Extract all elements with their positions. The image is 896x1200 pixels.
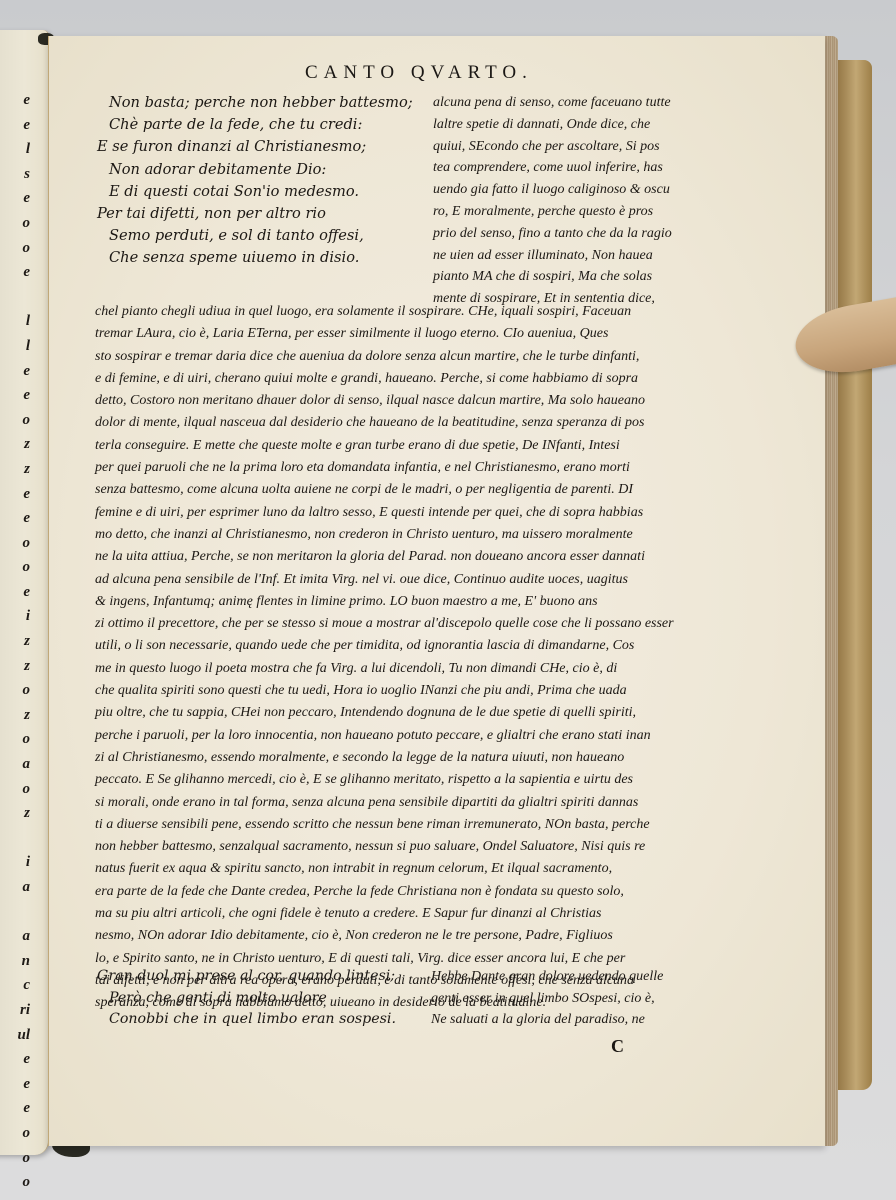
margin-glyph: o <box>2 211 30 236</box>
verse-block-top: Non basta; perche non hebber battesmo;Ch… <box>97 92 417 270</box>
commentary-line: senza battesmo, come alcuna uolta auiene… <box>95 479 809 501</box>
margin-glyph: e <box>2 88 30 113</box>
vellum-cover-edge <box>832 60 872 1090</box>
margin-glyph: o <box>2 531 30 556</box>
margin-glyph: c <box>2 973 30 998</box>
commentary-line: e di femine, e di uiri, cherano quiui mo… <box>95 368 809 390</box>
commentary-line: peccato. E Se glihanno mercedi, cio è, E… <box>95 769 809 791</box>
commentary-line: me in questo luogo il poeta mostra che f… <box>95 658 809 680</box>
margin-glyph: o <box>2 1146 30 1171</box>
margin-glyph: ri <box>2 998 30 1023</box>
commentary-block: chel pianto chegli udiua in quel luogo, … <box>95 301 809 1015</box>
gloss-line: pianto MA che di sospiri, Ma che solas <box>433 266 813 288</box>
gloss-line: alcuna pena di senso, come faceuano tutt… <box>433 92 813 114</box>
margin-glyph: e <box>2 383 30 408</box>
running-head: CANTO QVARTO. <box>305 62 533 84</box>
commentary-line: tremar LAura, cio è, Laria ETerna, per e… <box>95 323 809 345</box>
commentary-line: femine e di uiri, per esprimer luno da l… <box>95 502 809 524</box>
commentary-line: terla conseguire. E mette che queste mol… <box>95 435 809 457</box>
margin-glyph: o <box>2 678 30 703</box>
margin-glyph: l <box>2 137 30 162</box>
gloss-line: genti esser in quel limbo SOspesi, cio è… <box>431 988 811 1010</box>
margin-glyph: e <box>2 1072 30 1097</box>
verse-line: E di questi cotai Son'io medesmo. <box>97 181 417 203</box>
commentary-line: ti a diuerse sensibili pene, essendo scr… <box>95 814 809 836</box>
margin-glyph: o <box>2 1170 30 1195</box>
verse-line: Per tai difetti, non per altro rio <box>97 203 417 225</box>
commentary-line: chel pianto chegli udiua in quel luogo, … <box>95 301 809 323</box>
commentary-line: ne la uita attiua, Perche, se non merita… <box>95 546 809 568</box>
commentary-line: ad alcuna pena sensibile de l'Inf. Et im… <box>95 569 809 591</box>
margin-glyph: z <box>2 432 30 457</box>
margin-glyph: i <box>2 850 30 875</box>
commentary-line: zi ottimo il precettore, che per se stes… <box>95 613 809 635</box>
book-page: CANTO QVARTO. Non basta; perche non hebb… <box>48 36 825 1146</box>
verse-line: Gran duol mi prese al cor, quando lintes… <box>97 966 427 988</box>
margin-glyph: n <box>2 949 30 974</box>
left-page-line-endings: eelseooe lleeozzeeooeizzozoaoz ia ancriu… <box>2 88 30 1195</box>
commentary-line: era parte de la fede che Dante credea, P… <box>95 881 809 903</box>
commentary-line: ma su piu altri articoli, che ogni fidel… <box>95 903 809 925</box>
margin-glyph: z <box>2 801 30 826</box>
commentary-line: & ingens, Infantumq; animę flentes in li… <box>95 591 809 613</box>
verse-line: Non basta; perche non hebber battesmo; <box>97 92 417 114</box>
margin-glyph: a <box>2 924 30 949</box>
margin-glyph: a <box>2 875 30 900</box>
margin-glyph: z <box>2 457 30 482</box>
gloss-line: tea comprendere, come uuol inferire, has <box>433 157 813 179</box>
commentary-line: si morali, onde erano in tal forma, senz… <box>95 792 809 814</box>
margin-glyph: o <box>2 1121 30 1146</box>
commentary-line: utili, o li son necessarie, quando uede … <box>95 635 809 657</box>
commentary-line: piu oltre, che tu sappia, CHei non pecca… <box>95 702 809 724</box>
verse-line: Chè parte de la fede, che tu credi: <box>97 114 417 136</box>
signature-mark: C <box>611 1036 624 1057</box>
commentary-line: per quei paruoli che ne la prima loro et… <box>95 457 809 479</box>
gloss-line: Ne saluati a la gloria del paradiso, ne <box>431 1009 811 1031</box>
margin-glyph: o <box>2 777 30 802</box>
margin-glyph: a <box>2 752 30 777</box>
margin-glyph: e <box>2 1096 30 1121</box>
margin-glyph: o <box>2 236 30 261</box>
margin-glyph: e <box>2 359 30 384</box>
verse-line: Che senza speme uiuemo in disio. <box>97 247 417 269</box>
margin-glyph <box>2 285 30 310</box>
margin-glyph: ul <box>2 1023 30 1048</box>
commentary-line: perche i paruoli, per la loro innocentia… <box>95 725 809 747</box>
gloss-block-bottom: Hebbe Dante gran dolore uedendo quellege… <box>431 966 811 1031</box>
gloss-line: quiui, SEcondo che per ascoltare, Si pos <box>433 136 813 158</box>
gloss-line: laltre spetie di dannati, Onde dice, che <box>433 114 813 136</box>
margin-glyph: e <box>2 1047 30 1072</box>
margin-glyph: o <box>2 727 30 752</box>
verse-line: Non adorar debitamente Dio: <box>97 159 417 181</box>
gloss-line: uendo gia fatto il luogo caliginoso & os… <box>433 179 813 201</box>
margin-glyph: e <box>2 506 30 531</box>
verse-line: Però che genti di molto ualore <box>97 988 427 1010</box>
verse-line: Conobbi che in quel limbo eran sospesi. <box>97 1009 427 1031</box>
verse-line: Semo perduti, e sol di tanto offesi, <box>97 225 417 247</box>
commentary-line: natus fuerit ex aqua & spiritu sancto, n… <box>95 858 809 880</box>
margin-glyph: z <box>2 629 30 654</box>
commentary-line: non hebber battesmo, senzalqual sacramen… <box>95 836 809 858</box>
margin-glyph <box>2 826 30 851</box>
commentary-line: zi al Christianesmo, essendo moralmente,… <box>95 747 809 769</box>
margin-glyph <box>2 900 30 925</box>
margin-glyph: s <box>2 162 30 187</box>
left-page-edge: eelseooe lleeozzeeooeizzozoaoz ia ancriu… <box>0 30 49 1155</box>
margin-glyph: o <box>2 555 30 580</box>
gloss-block-top: alcuna pena di senso, come faceuano tutt… <box>433 92 813 310</box>
gloss-line: Hebbe Dante gran dolore uedendo quelle <box>431 966 811 988</box>
margin-glyph: e <box>2 260 30 285</box>
margin-glyph: l <box>2 309 30 334</box>
verse-line: E se furon dinanzi al Christianesmo; <box>97 136 417 158</box>
gloss-line: prio del senso, fino a tanto che da la r… <box>433 223 813 245</box>
gloss-line: ro, E moralmente, perche questo è pros <box>433 201 813 223</box>
margin-glyph: z <box>2 654 30 679</box>
verse-block-bottom: Gran duol mi prese al cor, quando lintes… <box>97 966 427 1031</box>
commentary-line: sto sospirar e tremar daria dice che aue… <box>95 346 809 368</box>
commentary-line: nesmo, NOn adorar Idio debitamente, cio … <box>95 925 809 947</box>
commentary-line: che qualita spiriti sono questi che tu u… <box>95 680 809 702</box>
gloss-line: ne uien ad esser illuminato, Non hauea <box>433 245 813 267</box>
margin-glyph: e <box>2 482 30 507</box>
margin-glyph: z <box>2 703 30 728</box>
margin-glyph: e <box>2 113 30 138</box>
commentary-line: detto, Costoro non meritano dhauer dolor… <box>95 390 809 412</box>
margin-glyph: e <box>2 580 30 605</box>
margin-glyph: i <box>2 604 30 629</box>
commentary-line: dolor di mente, ilqual nasceua dal desid… <box>95 412 809 434</box>
margin-glyph: e <box>2 186 30 211</box>
commentary-line: mo detto, che inanzi al Christianesmo, n… <box>95 524 809 546</box>
margin-glyph: o <box>2 408 30 433</box>
margin-glyph: l <box>2 334 30 359</box>
